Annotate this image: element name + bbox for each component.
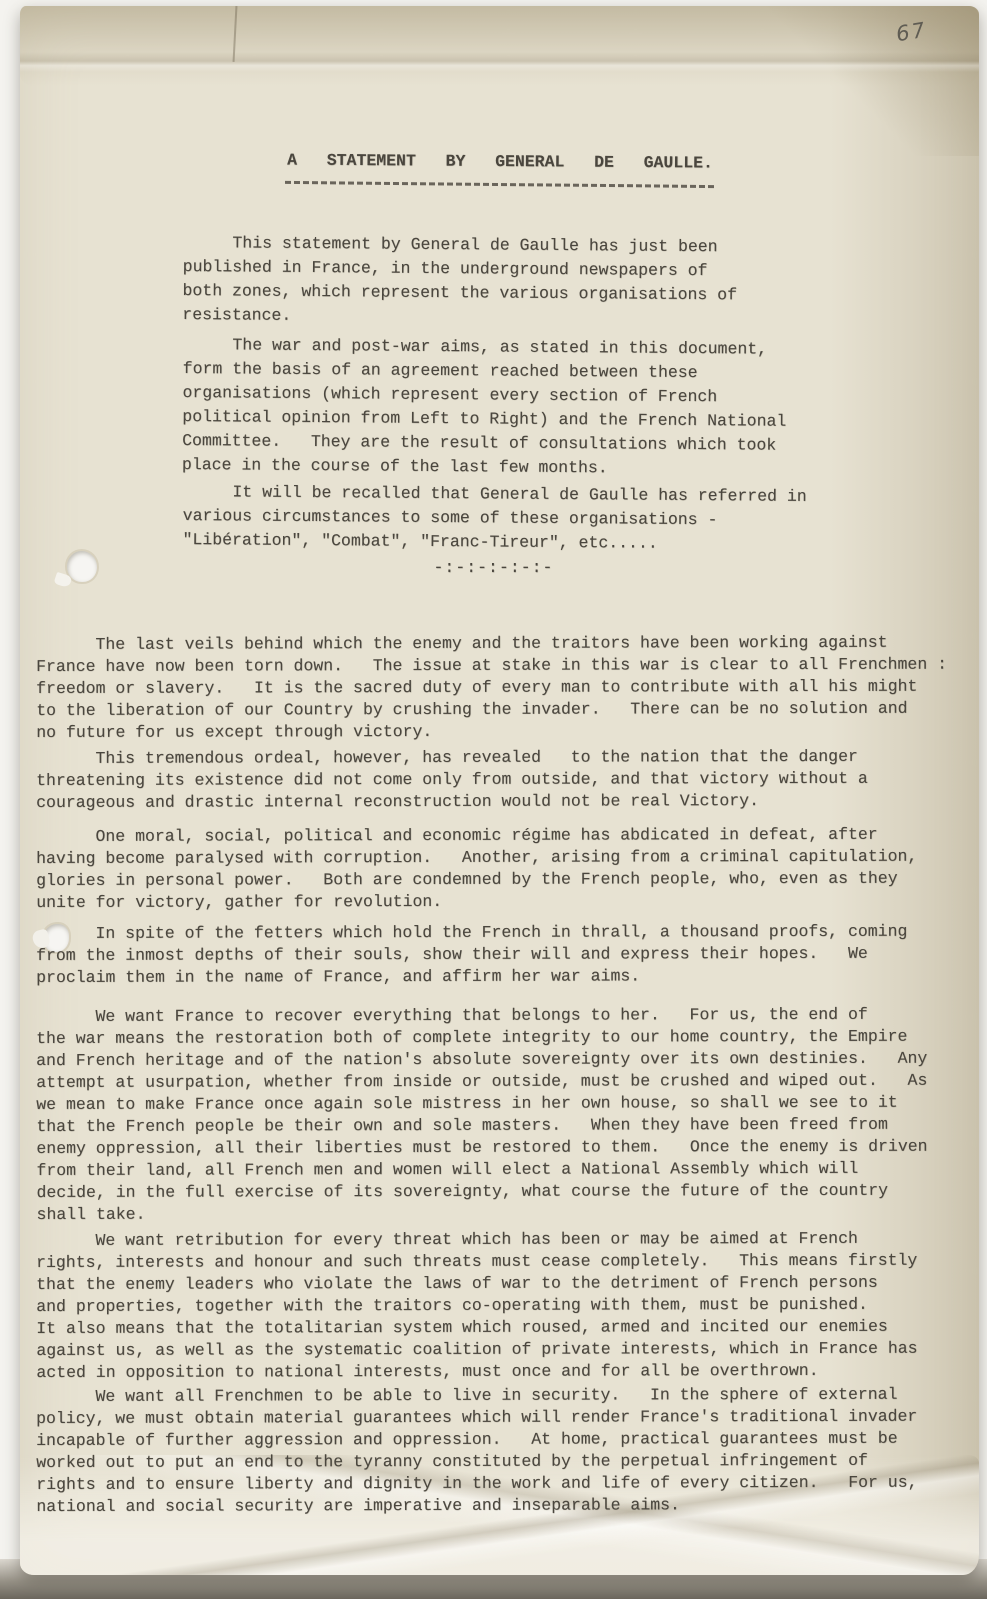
handwritten-page-number: 67: [896, 17, 927, 46]
title-block: A STATEMENT BY GENERAL DE GAULLE.: [180, 150, 820, 188]
body-paragraph-3: One moral, social, political and economi…: [36, 824, 981, 914]
body-paragraph-1: The last veils behind which the enemy an…: [36, 632, 981, 744]
body-paragraph-6: We want retribution for every threat whi…: [36, 1228, 981, 1384]
horizontal-fold-crease: [20, 52, 979, 72]
body-paragraph-5: We want France to recover everything tha…: [36, 1004, 982, 1226]
body-paragraph-2: This tremendous ordeal, however, has rev…: [36, 746, 981, 814]
body-paragraph-4: In spite of the fetters which hold the F…: [36, 921, 981, 989]
intro-paragraph-3: It will be recalled that General de Gaul…: [182, 480, 873, 557]
body-paragraph-7: We want all Frenchmen to be able to live…: [36, 1384, 981, 1518]
intro-paragraph-2: The war and post-war aims, as stated in …: [182, 333, 873, 482]
scanned-document-page: 67 A STATEMENT BY GENERAL DE GAULLE. Thi…: [0, 0, 987, 1599]
top-right-corner-fold: [759, 6, 979, 156]
intro-paragraph-1: This statement by General de Gaulle has …: [182, 231, 873, 332]
document-title: A STATEMENT BY GENERAL DE GAULLE.: [180, 150, 820, 173]
section-divider: -:-:-:-:-:-: [0, 558, 987, 577]
